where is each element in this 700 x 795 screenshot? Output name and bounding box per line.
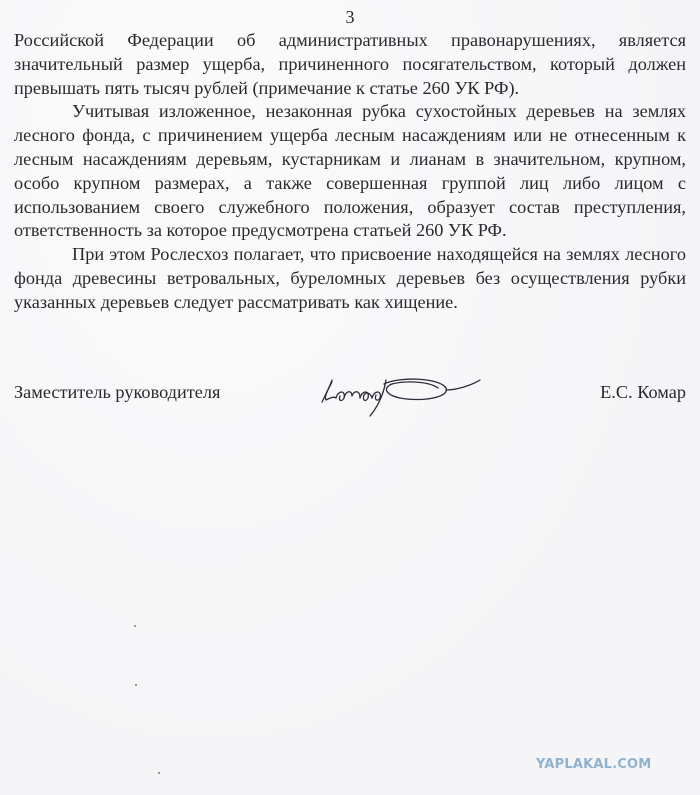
text-line: использованием своего служебного положен…: [14, 196, 686, 220]
text-line: Российской Федерации об административных…: [14, 29, 686, 53]
site-watermark: YAPLAKAL.COM: [536, 757, 651, 772]
signer-name: Е.С. Комар: [600, 382, 686, 403]
text-line: фонда древесины ветровальных, буреломных…: [14, 267, 686, 291]
text-line: При этом Рослесхоз полагает, что присвое…: [14, 243, 686, 267]
position-title: Заместитель руководителя: [14, 382, 220, 403]
text-line: Учитывая изложенное, незаконная рубка су…: [14, 100, 686, 124]
handwritten-signature-icon: [300, 368, 500, 428]
paragraph-1: Российской Федерации об административных…: [14, 29, 686, 100]
page-number: 3: [0, 6, 700, 28]
text-line: превышать пять тысяч рублей (примечание …: [14, 77, 686, 101]
text-line: указанных деревьев следует рассматривать…: [14, 291, 686, 315]
paragraph-2: Учитывая изложенное, незаконная рубка су…: [14, 100, 686, 243]
text-line: значительный размер ущерба, причиненного…: [14, 53, 686, 77]
text-line: ответственность за которое предусмотрена…: [14, 219, 686, 243]
scan-speck: [158, 772, 160, 774]
paragraph-3: При этом Рослесхоз полагает, что присвое…: [14, 243, 686, 314]
scan-speck: [134, 625, 136, 627]
document-page: 3 Российской Федерации об административн…: [0, 0, 700, 795]
text-line: особо крупном размерах, а также совершен…: [14, 172, 686, 196]
text-line: лесным насаждениям деревьям, кустарникам…: [14, 148, 686, 172]
scan-speck: [135, 684, 137, 686]
text-line: лесного фонда, с причинением ущерба лесн…: [14, 124, 686, 148]
document-body: Российской Федерации об административных…: [14, 29, 686, 315]
